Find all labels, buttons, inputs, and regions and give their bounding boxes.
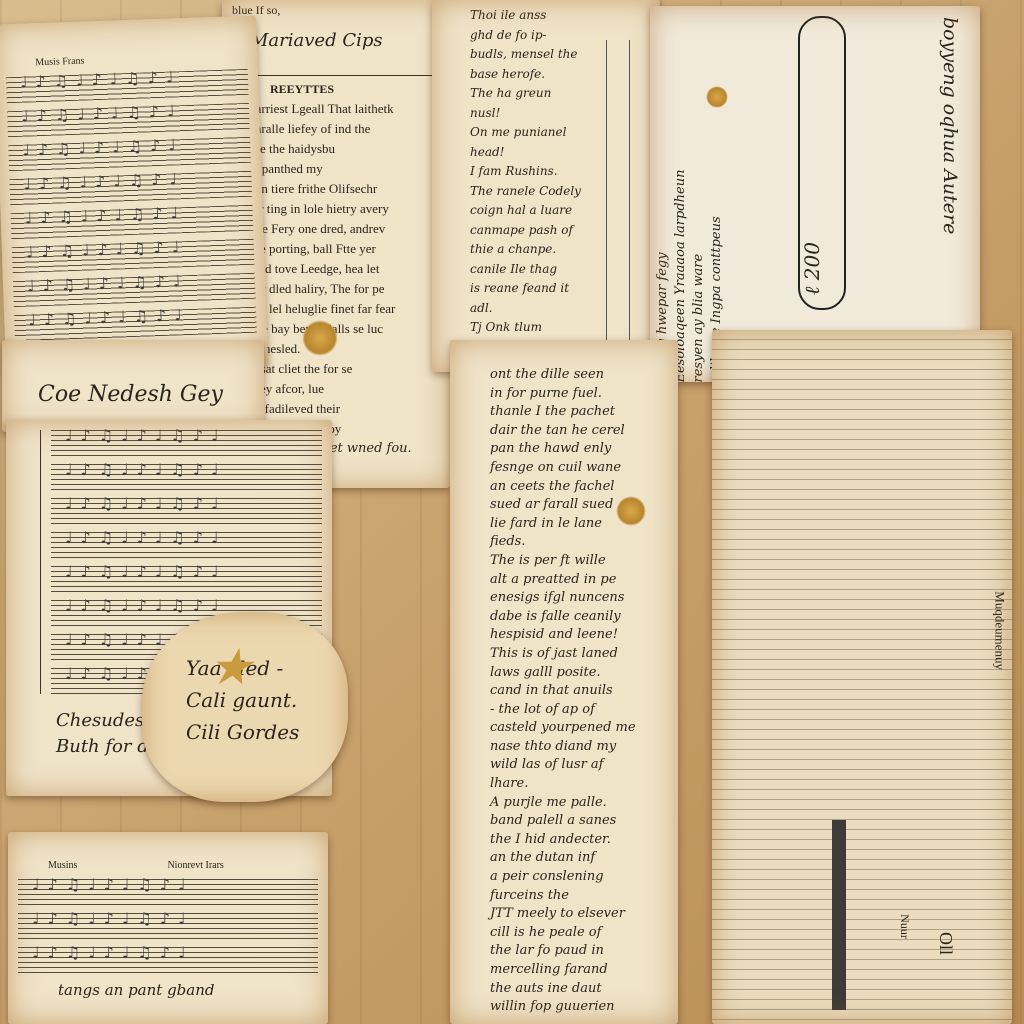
- letter-line: ghd de fo ip-: [470, 26, 660, 46]
- music-staff: [51, 464, 322, 490]
- music-title: Musins: [48, 860, 77, 871]
- note-line: Cili Gordes: [186, 716, 348, 748]
- check-line: trahanieog hwepar fegy: [654, 50, 672, 382]
- music-staff: [11, 205, 254, 239]
- check-line: Nopresyen ay blia ware: [690, 50, 708, 382]
- letter-line: is reane feand it: [470, 279, 660, 299]
- letter-line: hespisid and leene!: [490, 626, 678, 645]
- handwritten-note-scrap: Coe Nedesh Gey: [2, 340, 264, 432]
- letter-line: in for purne fuel.: [490, 385, 678, 404]
- letter-line: a peir conslening: [490, 868, 678, 887]
- letter-line: The ranele Codely: [470, 182, 660, 202]
- music-staff: [12, 239, 255, 273]
- letter-line: head!: [470, 143, 660, 163]
- letter-line: laws galll posite.: [490, 664, 678, 683]
- letter-line: Thoi ile anss: [470, 6, 660, 26]
- check-amount: ℓ 200: [800, 242, 825, 295]
- letter-line: fesnge on cuil wane: [490, 459, 678, 478]
- letter-line: band palell a sanes: [490, 812, 678, 831]
- music-staff: [9, 171, 252, 205]
- music-staff: [51, 498, 322, 524]
- letter-line: furceins the: [490, 887, 678, 906]
- letter-line: cand in that anuils: [490, 682, 678, 701]
- music-staff: [18, 879, 318, 905]
- music-title: Nionrevt Irars: [167, 860, 223, 871]
- letter-line: dabe is falle ceanily: [490, 608, 678, 627]
- letter-line: hat le panthed my: [230, 159, 442, 179]
- letter-line: thanle I the pachet: [490, 403, 678, 422]
- letter-line: nusl!: [470, 104, 660, 124]
- music-staff: [8, 137, 251, 171]
- music-staff: [13, 273, 256, 307]
- letter-line: the paralle liefey of ind the: [230, 119, 442, 139]
- music-staff: [14, 307, 257, 341]
- sheet-music-scrap: Musis Frans: [0, 16, 268, 375]
- note-text: Coe Nedesh Gey: [2, 340, 264, 407]
- letter-line: base herofe.: [470, 65, 660, 85]
- letter-line: alt a preatted in pe: [490, 571, 678, 590]
- letter-line: The ha greun: [470, 84, 660, 104]
- letter-line: the I hid andecter.: [490, 831, 678, 850]
- letter-line: mercelling farand: [490, 961, 678, 980]
- letter-line: casteld yourpened me: [490, 719, 678, 738]
- letter-line: thie a chanpe.: [470, 240, 660, 260]
- letter-line: - the lot of ap of: [490, 701, 678, 720]
- letter-line: pan the hawd enly: [490, 440, 678, 459]
- gold-star-icon: ★: [208, 638, 253, 696]
- letter-line: an the dutan inf: [490, 849, 678, 868]
- music-staff: [51, 566, 322, 592]
- letter-line: enesigs ifgl nuncens: [490, 589, 678, 608]
- letter-line: A purjle me palle.: [490, 794, 678, 813]
- letter-line: coign hal a luare: [470, 201, 660, 221]
- letter-line: nase thto diand my: [490, 738, 678, 757]
- gold-stain: [616, 496, 646, 526]
- letter-line: the lar fo paud in: [490, 942, 678, 961]
- music-staff: [18, 947, 318, 973]
- letter-line: lhare.: [490, 775, 678, 794]
- music-staff: [6, 69, 249, 103]
- letter-line: This is of jast laned: [490, 645, 678, 664]
- letter-top-line: blue If so,: [222, 0, 450, 20]
- check-scrap: tral conuve trahanieog hwepar fegy Nio E…: [650, 6, 980, 382]
- letter-line: has lee the haidysbu: [230, 139, 442, 159]
- margin-rule: [606, 40, 630, 372]
- letter-line: willin fop guuerien: [490, 998, 678, 1017]
- gold-stain: [302, 320, 338, 356]
- ledger-vertical-text: Nuur: [897, 914, 912, 939]
- letter-line: I fam Rushins.: [470, 162, 660, 182]
- music-staff: [18, 913, 318, 939]
- letter-line: JTT meely to elsever: [490, 905, 678, 924]
- long-letter-scrap: ont the dille seen in for purne fuel. th…: [450, 340, 678, 1024]
- letter-line: cill is he peale of: [490, 924, 678, 943]
- letter-line: Tj Onk tlum: [470, 318, 660, 338]
- round-note-scrap: Yaa cled - Cali gaunt. Cili Gordes ★: [142, 612, 348, 802]
- letter-line: the barriest Lgeall That laithetk: [230, 99, 442, 119]
- music-caption: tangs an pant gband: [8, 981, 328, 999]
- letter-line: On me punianel: [470, 123, 660, 143]
- check-line: Nio Eesoloaqeen Yraaaoa larpdheun: [672, 50, 690, 382]
- letter-line: ont the dille seen: [490, 366, 678, 385]
- handwritten-letter-scrap: Thoi ile anss ghd de fo ip- budls, mense…: [432, 0, 660, 372]
- music-title: Musis Frans: [0, 16, 257, 70]
- letter-line: dair the tan he cerel: [490, 422, 678, 441]
- music-staff: [7, 103, 250, 137]
- letter-line: an ceets the fachel: [490, 478, 678, 497]
- letter-line: budls, mensel the: [470, 45, 660, 65]
- music-staff: [51, 532, 322, 558]
- music-staff: [51, 430, 322, 456]
- letter-line: fieds.: [490, 533, 678, 552]
- letter-line: the auts ine daut: [490, 980, 678, 999]
- ledger-vertical-text: Muqdeumenuy: [992, 591, 1008, 670]
- check-vertical-caption: boyyeng oqhua Autere: [939, 17, 961, 317]
- sheet-music-scrap: Musins Nionrevt Irars tangs an pant gban…: [8, 832, 328, 1024]
- ledger-scrap: Muqdeumenuy Nuur Oll: [712, 330, 1012, 1024]
- letter-line: canile Ile thag: [470, 260, 660, 280]
- letter-line: sued ar farall sued: [490, 496, 678, 515]
- letter-line: The is per ft wille: [490, 552, 678, 571]
- letter-line: canmape pash of: [470, 221, 660, 241]
- ledger-vertical-text: Oll: [935, 932, 956, 955]
- letter-line: adl.: [470, 299, 660, 319]
- gold-stain: [706, 86, 728, 108]
- ledger-dark-band: [832, 820, 846, 1010]
- letter-line: lie fard in le lane: [490, 515, 678, 534]
- letter-line: wild las of lusr af: [490, 756, 678, 775]
